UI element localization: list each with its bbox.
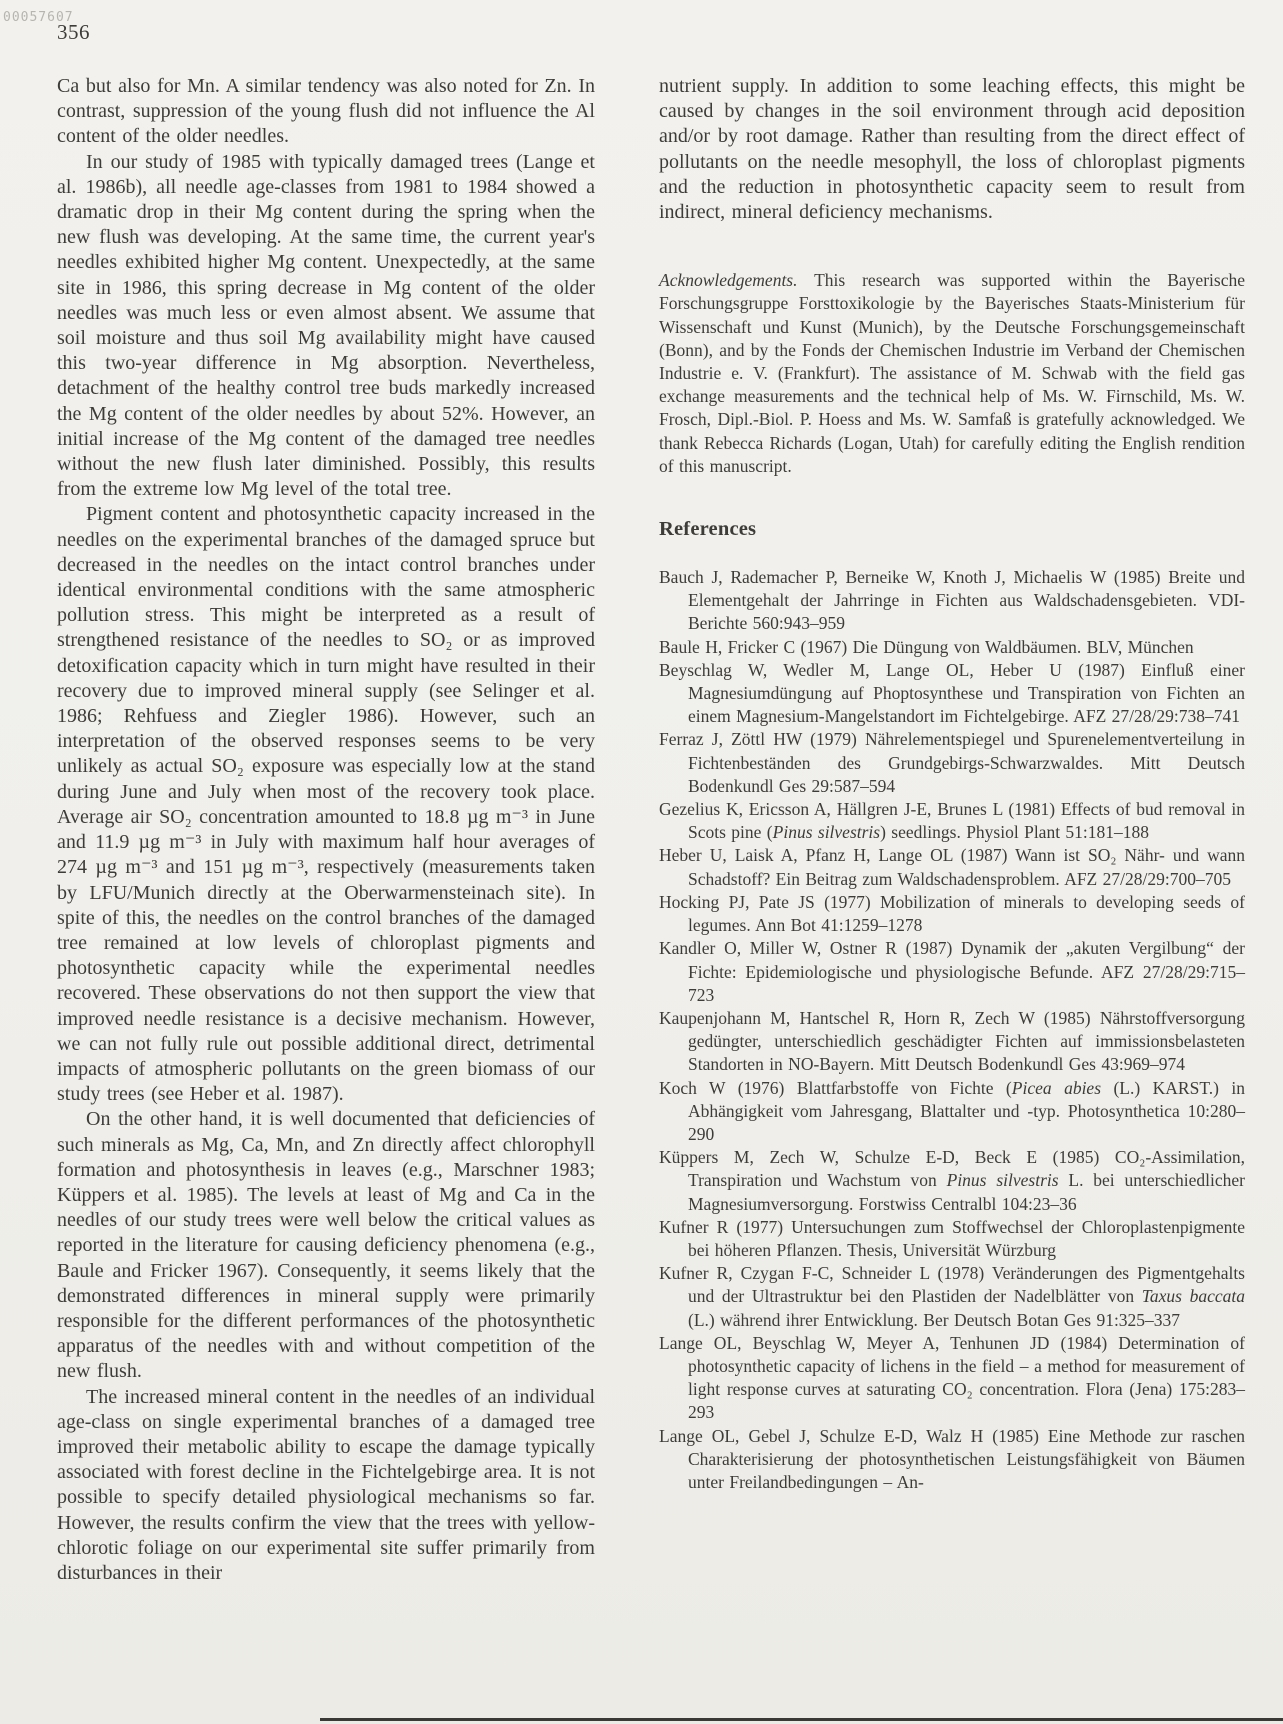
body-paragraph: Ca but also for Mn. A similar tendency w… [57,74,595,150]
reference-entry: Gezelius K, Ericsson A, Hällgren J-E, Br… [659,798,1245,844]
right-column: nutrient supply. In addition to some lea… [659,74,1245,1586]
plain-text: Beyschlag W, Wedler M, Lange OL, Heber U… [659,660,1245,726]
reference-entry: Ferraz J, Zöttl HW (1979) Nährelementspi… [659,728,1245,798]
plain-text: Kandler O, Miller W, Ostner R (1987) Dyn… [659,938,1245,1004]
reference-entry: Lange OL, Gebel J, Schulze E-D, Walz H (… [659,1425,1245,1495]
plain-text: Kufner R (1977) Untersuchungen zum Stoff… [659,1217,1245,1260]
page-bottom-rule [320,1718,1283,1721]
italic-text: Taxus baccata [1142,1286,1245,1306]
plain-text: Lange OL, Gebel J, Schulze E-D, Walz H (… [659,1426,1245,1492]
plain-text: Bauch J, Rademacher P, Berneike W, Knoth… [659,567,1245,633]
reference-entry: Küppers M, Zech W, Schulze E-D, Beck E (… [659,1146,1245,1216]
two-column-layout: Ca but also for Mn. A similar tendency w… [57,74,1245,1586]
plain-text: Lange OL, Beyschlag W, Meyer A, Tenhunen… [659,1333,1245,1423]
plain-text: (L.) während ihrer Entwicklung. Ber Deut… [688,1310,1180,1330]
italic-text: Pinus silvestris [773,822,880,842]
reference-list: Bauch J, Rademacher P, Berneike W, Knoth… [659,566,1245,1494]
references-heading: References [659,518,1245,541]
right-column-body: nutrient supply. In addition to some lea… [659,74,1245,225]
italic-text: Picea abies [1012,1078,1101,1098]
plain-text: ) seedlings. Physiol Plant 51:181–188 [880,822,1149,842]
page-number: 356 [57,20,90,45]
plain-text: Ferraz J, Zöttl HW (1979) Nährelementspi… [659,729,1245,795]
plain-text: Baule H, Fricker C (1967) Die Düngung vo… [659,637,1194,657]
reference-entry: Koch W (1976) Blattfarbstoffe von Fichte… [659,1077,1245,1147]
journal-page: 00057607 356 Ca but also for Mn. A simil… [0,0,1283,1724]
italic-text: Pinus silvestris [947,1170,1059,1190]
reference-entry: Hocking PJ, Pate JS (1977) Mobilization … [659,891,1245,937]
reference-entry: Kandler O, Miller W, Ostner R (1987) Dyn… [659,937,1245,1007]
acknowledgements-paragraph: Acknowledgements. This research was supp… [659,269,1245,478]
italic-text: Acknowledgements. [659,270,798,290]
reference-entry: Kufner R, Czygan F-C, Schneider L (1978)… [659,1262,1245,1332]
plain-text: Koch W (1976) Blattfarbstoffe von Fichte… [659,1078,1012,1098]
body-paragraph: On the other hand, it is well documented… [57,1107,595,1384]
body-paragraph: In our study of 1985 with typically dama… [57,150,595,503]
plain-text: Hocking PJ, Pate JS (1977) Mobilization … [659,892,1245,935]
body-paragraph: Pigment content and photosynthetic capac… [57,502,595,1107]
reference-entry: Baule H, Fricker C (1967) Die Düngung vo… [659,636,1245,659]
reference-entry: Beyschlag W, Wedler M, Lange OL, Heber U… [659,659,1245,729]
reference-entry: Bauch J, Rademacher P, Berneike W, Knoth… [659,566,1245,636]
plain-text: Heber U, Laisk A, Pfanz H, Lange OL (198… [659,845,1245,888]
plain-text: This research was supported within the B… [659,270,1245,476]
reference-entry: Lange OL, Beyschlag W, Meyer A, Tenhunen… [659,1332,1245,1425]
reference-entry: Heber U, Laisk A, Pfanz H, Lange OL (198… [659,844,1245,890]
left-column: Ca but also for Mn. A similar tendency w… [57,74,595,1586]
body-paragraph: The increased mineral content in the nee… [57,1385,595,1587]
reference-entry: Kaupenjohann M, Hantschel R, Horn R, Zec… [659,1007,1245,1077]
plain-text: Kaupenjohann M, Hantschel R, Horn R, Zec… [659,1008,1245,1074]
reference-entry: Kufner R (1977) Untersuchungen zum Stoff… [659,1216,1245,1262]
body-paragraph: nutrient supply. In addition to some lea… [659,74,1245,225]
